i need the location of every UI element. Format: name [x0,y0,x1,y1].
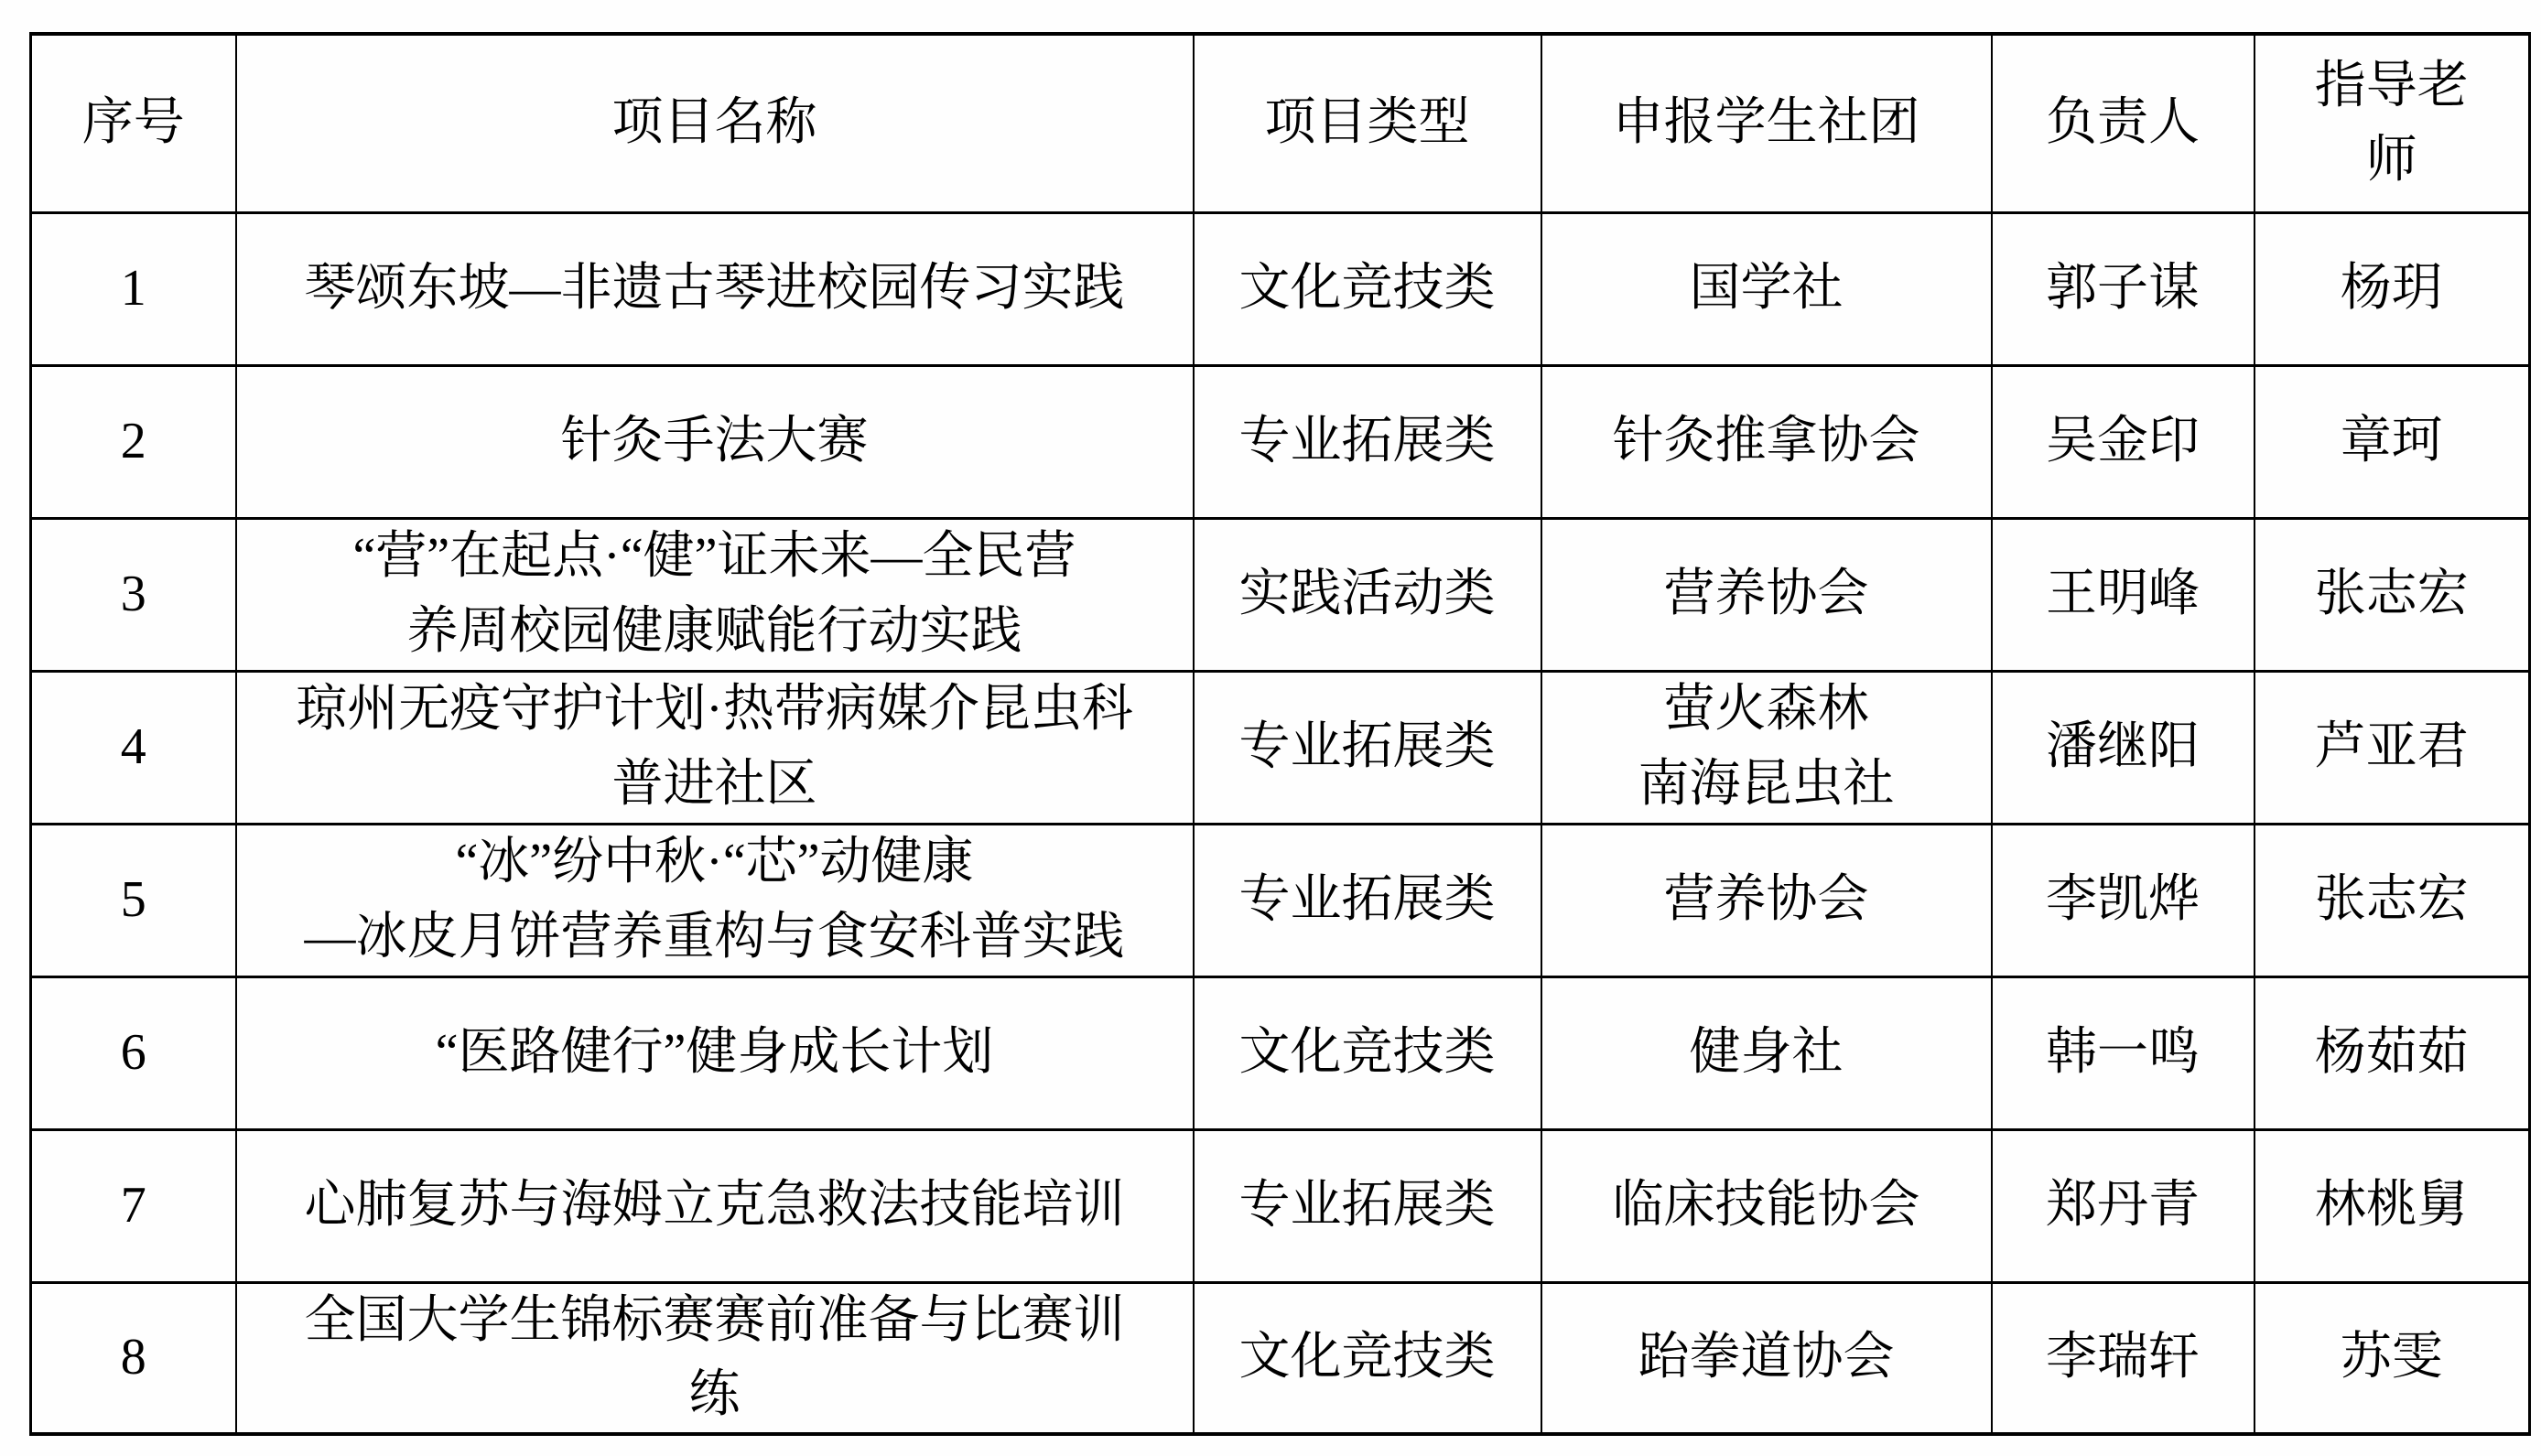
cell-club: 营养协会 [1541,518,1992,671]
cell-leader: 郭子谋 [1992,212,2254,365]
cell-advisor: 林桃舅 [2254,1129,2530,1282]
cell-leader: 吴金印 [1992,365,2254,518]
project-list-table: 序号 项目名称 项目类型 申报学生社团 负责人 指导老 师 1 琴颂东坡—非遗古… [29,32,2531,1436]
column-header-club: 申报学生社团 [1541,34,1992,212]
cell-name: “营”在起点·“健”证未来—全民营 养周校园健康赋能行动实践 [236,518,1194,671]
cell-leader: 李瑞轩 [1992,1282,2254,1434]
cell-advisor: 苏雯 [2254,1282,2530,1434]
cell-name: 全国大学生锦标赛赛前准备与比赛训 练 [236,1282,1194,1434]
table-row: 3 “营”在起点·“健”证未来—全民营 养周校园健康赋能行动实践 实践活动类 营… [31,518,2530,671]
cell-advisor: 芦亚君 [2254,671,2530,824]
cell-type: 专业拓展类 [1194,1129,1541,1282]
cell-leader: 王明峰 [1992,518,2254,671]
column-header-no: 序号 [31,34,236,212]
table-row: 2 针灸手法大赛 专业拓展类 针灸推拿协会 吴金印 章珂 [31,365,2530,518]
document-page: 序号 项目名称 项目类型 申报学生社团 负责人 指导老 师 1 琴颂东坡—非遗古… [0,0,2541,1456]
cell-type: 专业拓展类 [1194,365,1541,518]
cell-no: 5 [31,824,236,976]
table-row: 4 琼州无疫守护计划·热带病媒介昆虫科 普进社区 专业拓展类 萤火森林 南海昆虫… [31,671,2530,824]
cell-club: 针灸推拿协会 [1541,365,1992,518]
cell-name: “医路健行”健身成长计划 [236,976,1194,1129]
cell-name: 琴颂东坡—非遗古琴进校园传习实践 [236,212,1194,365]
cell-club: 营养协会 [1541,824,1992,976]
cell-club: 跆拳道协会 [1541,1282,1992,1434]
cell-advisor: 张志宏 [2254,518,2530,671]
cell-type: 文化竞技类 [1194,212,1541,365]
cell-no: 2 [31,365,236,518]
cell-leader: 韩一鸣 [1992,976,2254,1129]
column-header-type: 项目类型 [1194,34,1541,212]
column-header-advisor: 指导老 师 [2254,34,2530,212]
cell-advisor: 张志宏 [2254,824,2530,976]
cell-type: 文化竞技类 [1194,976,1541,1129]
table-row: 7 心肺复苏与海姆立克急救法技能培训 专业拓展类 临床技能协会 郑丹青 林桃舅 [31,1129,2530,1282]
cell-advisor: 章珂 [2254,365,2530,518]
table-row: 5 “冰”纷中秋·“芯”动健康 —冰皮月饼营养重构与食安科普实践 专业拓展类 营… [31,824,2530,976]
column-header-leader: 负责人 [1992,34,2254,212]
cell-no: 4 [31,671,236,824]
cell-no: 8 [31,1282,236,1434]
cell-club: 健身社 [1541,976,1992,1129]
cell-no: 1 [31,212,236,365]
table-row: 1 琴颂东坡—非遗古琴进校园传习实践 文化竞技类 国学社 郭子谋 杨玥 [31,212,2530,365]
cell-club: 临床技能协会 [1541,1129,1992,1282]
column-header-name: 项目名称 [236,34,1194,212]
cell-name: “冰”纷中秋·“芯”动健康 —冰皮月饼营养重构与食安科普实践 [236,824,1194,976]
cell-club: 萤火森林 南海昆虫社 [1541,671,1992,824]
cell-no: 7 [31,1129,236,1282]
cell-type: 专业拓展类 [1194,671,1541,824]
cell-name: 针灸手法大赛 [236,365,1194,518]
cell-type: 文化竞技类 [1194,1282,1541,1434]
cell-no: 3 [31,518,236,671]
cell-advisor: 杨茹茹 [2254,976,2530,1129]
cell-leader: 郑丹青 [1992,1129,2254,1282]
header-row: 序号 项目名称 项目类型 申报学生社团 负责人 指导老 师 [31,34,2530,212]
cell-no: 6 [31,976,236,1129]
cell-leader: 潘继阳 [1992,671,2254,824]
cell-club: 国学社 [1541,212,1992,365]
cell-leader: 李凯烨 [1992,824,2254,976]
cell-type: 实践活动类 [1194,518,1541,671]
table-row: 8 全国大学生锦标赛赛前准备与比赛训 练 文化竞技类 跆拳道协会 李瑞轩 苏雯 [31,1282,2530,1434]
cell-advisor: 杨玥 [2254,212,2530,365]
table-row: 6 “医路健行”健身成长计划 文化竞技类 健身社 韩一鸣 杨茹茹 [31,976,2530,1129]
cell-type: 专业拓展类 [1194,824,1541,976]
cell-name: 心肺复苏与海姆立克急救法技能培训 [236,1129,1194,1282]
cell-name: 琼州无疫守护计划·热带病媒介昆虫科 普进社区 [236,671,1194,824]
